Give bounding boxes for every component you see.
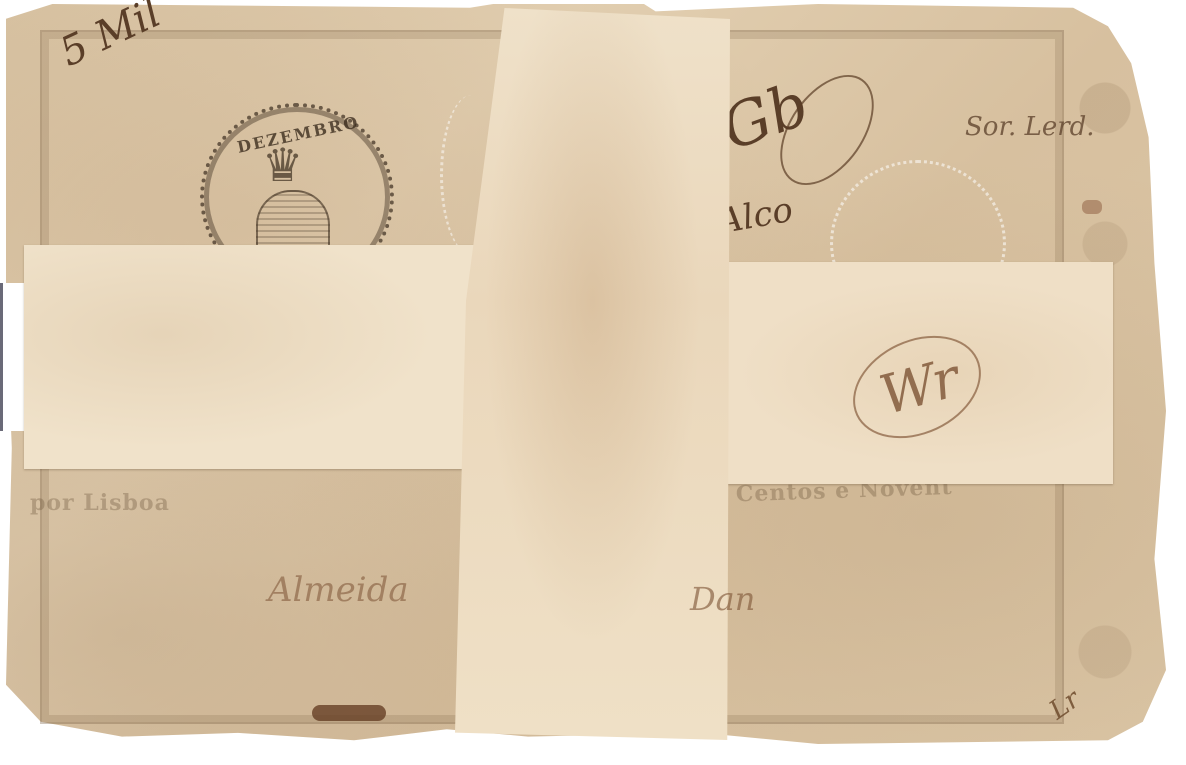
stain-right bbox=[1082, 200, 1102, 214]
crown-icon: ♛ bbox=[262, 138, 303, 192]
printed-text-faded-left: por Lisboa bbox=[30, 490, 170, 516]
repair-strip-horizontal-left bbox=[24, 245, 484, 469]
handwriting-top-right: Sor. Lerd. bbox=[965, 112, 1095, 142]
torn-edge-notch bbox=[0, 283, 27, 431]
scan-background: DEZEMBRO ♛ mil e oito Centos e Novent po… bbox=[0, 0, 1186, 765]
handwriting-bottom-center: Almeida bbox=[268, 570, 409, 610]
handwriting-bottom-center-2: Dan bbox=[690, 580, 755, 618]
ink-stain-bottom bbox=[312, 705, 386, 721]
repair-strip-vertical bbox=[455, 8, 730, 740]
